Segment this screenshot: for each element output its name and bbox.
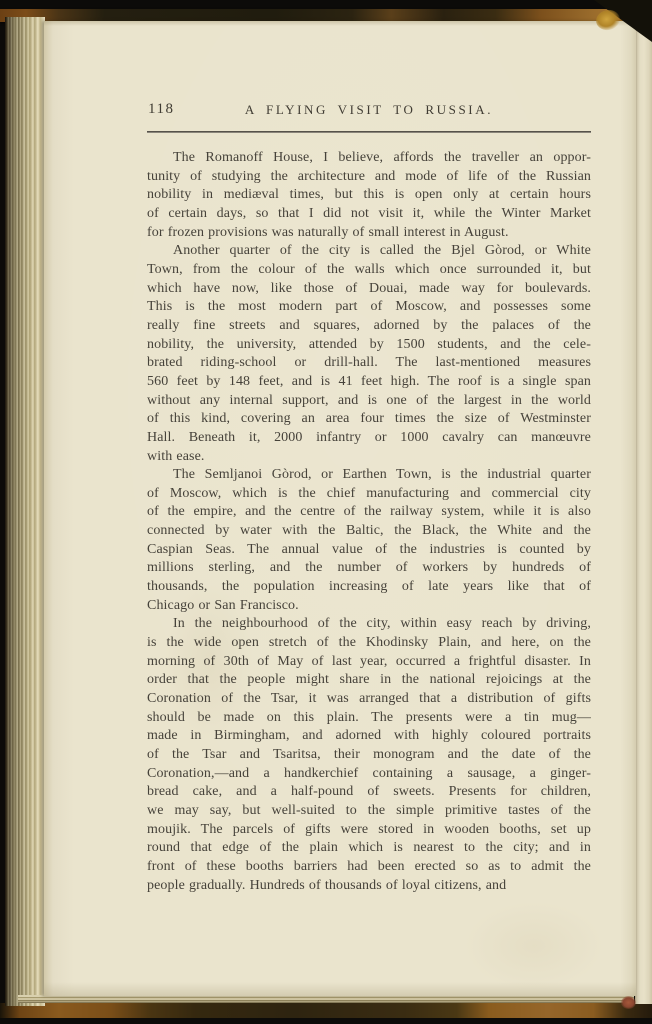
- text-line: should be made on this plain. The presen…: [147, 709, 591, 728]
- text-line: 560 feet by 148 feet, and is 41 feet hig…: [147, 373, 591, 392]
- text-line: for frozen provisions was naturally of s…: [147, 224, 591, 243]
- left-page-stack-edges: [5, 17, 45, 1006]
- text-line: made in Birmingham, and adorned with hig…: [147, 727, 591, 746]
- text-line: Chicago or San Francisco.: [147, 597, 591, 616]
- paragraph: In the neighbourhood of the city, within…: [147, 615, 591, 895]
- text-line: with ease.: [147, 448, 591, 467]
- page-number: 118: [148, 101, 174, 118]
- text-line: order that the people might share in the…: [147, 671, 591, 690]
- paragraph: The Semljanoi Gòrod, or Earthen Town, is…: [147, 466, 591, 615]
- text-line: really fine streets and squares, adorned…: [147, 317, 591, 336]
- text-line: morning of 30th of May of last year, occ…: [147, 653, 591, 672]
- text-line: Hall. Beneath it, 2000 infantry or 1000 …: [147, 429, 591, 448]
- text-line: of the Tsar and Tsaritsa, their monogram…: [147, 746, 591, 765]
- paper-stain: [464, 901, 604, 991]
- header-rule: [147, 131, 591, 133]
- text-line: Coronation,—and a handkerchief containin…: [147, 765, 591, 784]
- text-line: brated riding-school or drill-hall. The …: [147, 354, 591, 373]
- text-line: is the wide open stretch of the Khodinsk…: [147, 634, 591, 653]
- text-line: The Romanoff House, I believe, affords t…: [147, 149, 591, 168]
- page-header: 118 A FLYING VISIT TO RUSSIA.: [147, 98, 591, 120]
- text-line: which have now, like those of Douai, mad…: [147, 280, 591, 299]
- text-line: Caspian Seas. The annual value of the in…: [147, 541, 591, 560]
- text-line: people gradually. Hundreds of thousands …: [147, 877, 591, 896]
- printed-content: 118 A FLYING VISIT TO RUSSIA. The Romano…: [147, 98, 591, 895]
- paragraph: The Romanoff House, I believe, affords t…: [147, 149, 591, 242]
- text-line: In the neighbourhood of the city, within…: [147, 615, 591, 634]
- running-title: A FLYING VISIT TO RUSSIA.: [147, 98, 591, 118]
- text-line: thousands, the population increasing of …: [147, 578, 591, 597]
- paragraph: Another quarter of the city is called th…: [147, 242, 591, 466]
- book-scan: 118 A FLYING VISIT TO RUSSIA. The Romano…: [0, 0, 652, 1024]
- text-line: nobility, the university, attended by 15…: [147, 336, 591, 355]
- text-line: millions sterling, and the number of wor…: [147, 559, 591, 578]
- text-line: tunity of studying the architecture and …: [147, 168, 591, 187]
- text-line: of Moscow, which is the chief manufactur…: [147, 485, 591, 504]
- text-line: This is the most modern part of Moscow, …: [147, 298, 591, 317]
- bottom-page-edges: [18, 995, 634, 1003]
- text-line: The Semljanoi Gòrod, or Earthen Town, is…: [147, 466, 591, 485]
- text-line: bread cake, and a half-pound of sweets. …: [147, 783, 591, 802]
- facing-page-fore-edge: [635, 24, 652, 1004]
- text-line: moujik. The parcels of gifts were stored…: [147, 821, 591, 840]
- fore-edge-speck: [621, 996, 636, 1009]
- text-line: of the empire, and the centre of the rai…: [147, 503, 591, 522]
- text-line: front of these booths barriers had been …: [147, 858, 591, 877]
- text-line: of this kind, covering an area four time…: [147, 410, 591, 429]
- text-line: round that edge of the plain which is ne…: [147, 839, 591, 858]
- text-line: Town, from the colour of the walls which…: [147, 261, 591, 280]
- text-line: Another quarter of the city is called th…: [147, 242, 591, 261]
- text-line: connected by water with the Baltic, the …: [147, 522, 591, 541]
- text-line: we may say, but well-suited to the simpl…: [147, 802, 591, 821]
- text-line: Coronation of the Tsar, it was arranged …: [147, 690, 591, 709]
- bottom-cover-edge: [0, 1003, 652, 1018]
- text-line: without any internal support, and is one…: [147, 392, 591, 411]
- text-line: nobility in mediæval times, but this is …: [147, 186, 591, 205]
- text-body: The Romanoff House, I believe, affords t…: [147, 149, 591, 895]
- text-line: of certain days, so that I did not visit…: [147, 205, 591, 224]
